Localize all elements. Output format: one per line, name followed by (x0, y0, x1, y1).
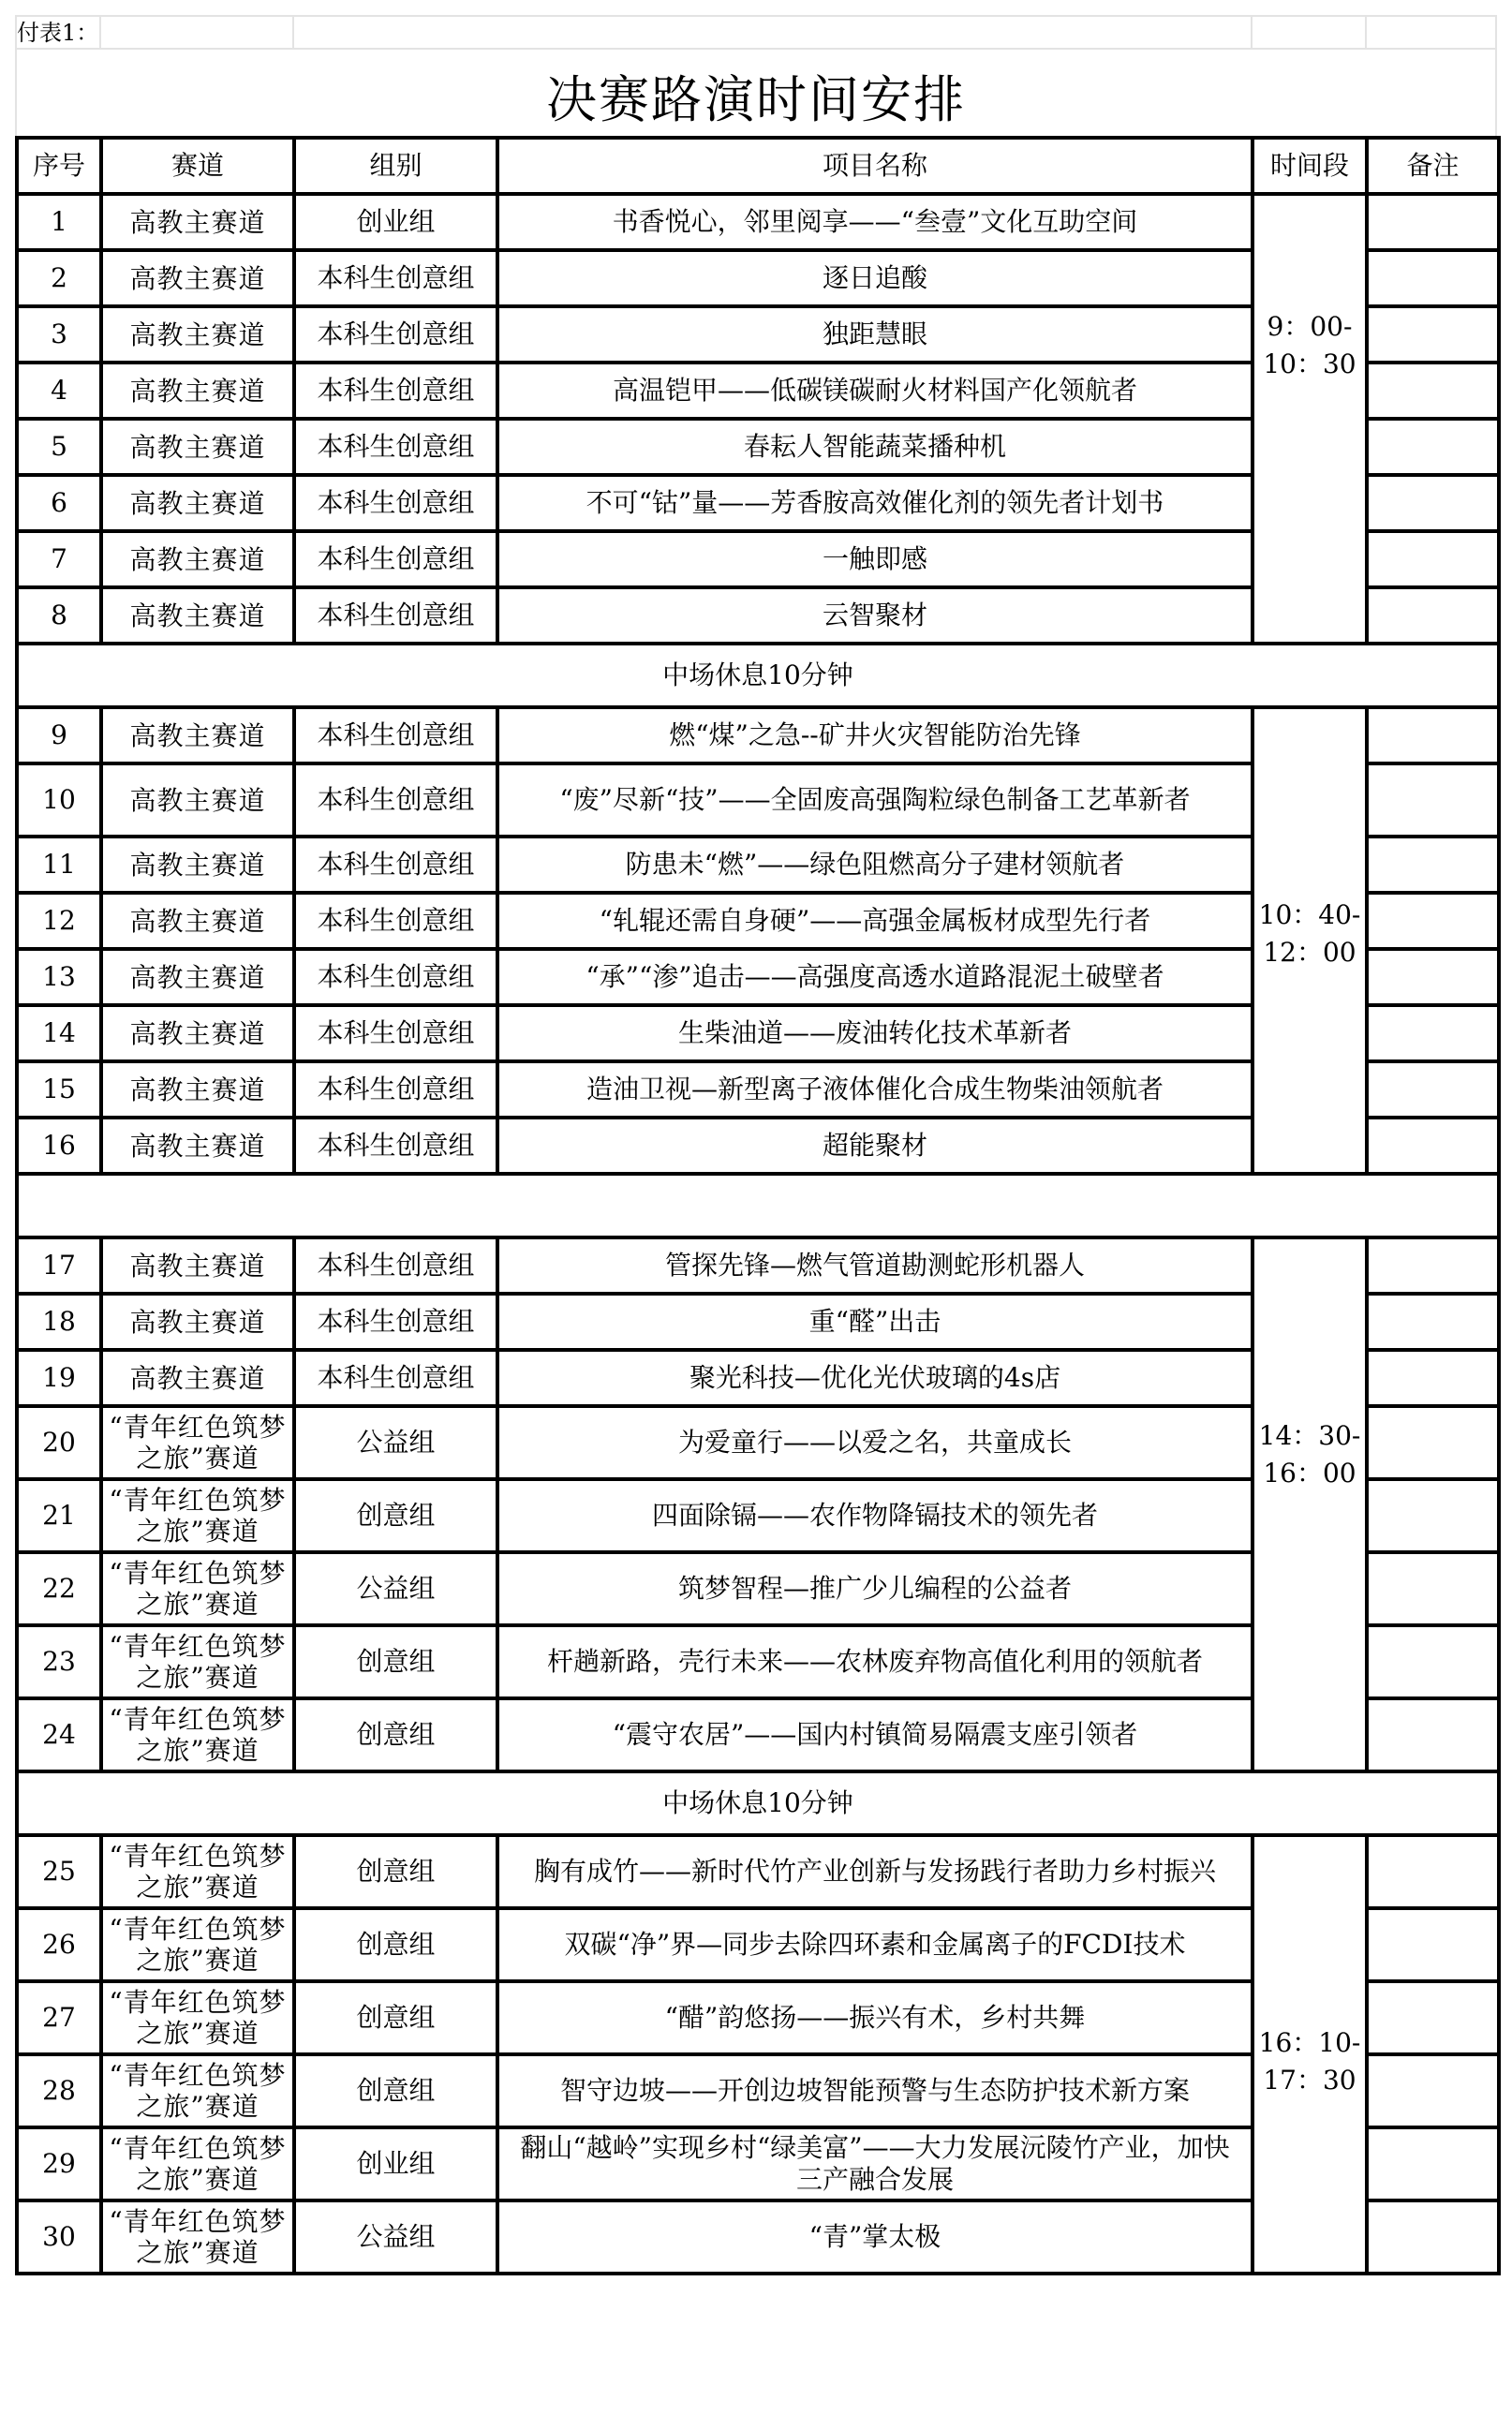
cell-group: 本科生创意组 (294, 419, 497, 475)
cell-remark (1367, 949, 1499, 1005)
cell-group: 公益组 (294, 1552, 497, 1625)
cell-group: 公益组 (294, 1406, 497, 1479)
cell-remark (1367, 1835, 1499, 1908)
cell-track: “青年红色筑梦之旅”赛道 (101, 1406, 294, 1479)
cell-project: 逐日追酸 (497, 250, 1253, 306)
break-row: 中场休息10分钟 (17, 644, 1499, 707)
gridline (99, 17, 101, 48)
cell-remark (1367, 1005, 1499, 1061)
cell-project: “承”“渗”追击——高强度高透水道路混泥土破壁者 (497, 949, 1253, 1005)
cell-index: 3 (17, 306, 101, 363)
cell-track: 高教主赛道 (101, 1237, 294, 1294)
cell-project: 双碳“净”界—同步去除四环素和金属离子的FCDI技术 (497, 1908, 1253, 1981)
cell-track: 高教主赛道 (101, 1118, 294, 1174)
cell-project: “震守农居”——国内村镇简易隔震支座引领者 (497, 1698, 1253, 1771)
cell-project: 为爱童行——以爱之名，共童成长 (497, 1406, 1253, 1479)
cell-remark (1367, 1479, 1499, 1552)
cell-remark (1367, 837, 1499, 893)
cell-index: 13 (17, 949, 101, 1005)
cell-project: 翻山“越岭”实现乡村“绿美富”——大力发展沅陵竹产业，加快三产融合发展 (497, 2127, 1253, 2200)
cell-group: 本科生创意组 (294, 949, 497, 1005)
cell-group: 创意组 (294, 1908, 497, 1981)
cell-track: 高教主赛道 (101, 1005, 294, 1061)
cell-index: 7 (17, 531, 101, 587)
cell-group: 本科生创意组 (294, 475, 497, 531)
cell-project: 四面除镉——农作物降镉技术的领先者 (497, 1479, 1253, 1552)
cell-track: 高教主赛道 (101, 1294, 294, 1350)
cell-project: 防患未“燃”——绿色阻燃高分子建材领航者 (497, 837, 1253, 893)
table-row: 25 “青年红色筑梦之旅”赛道 创意组 胸有成竹——新时代竹产业创新与发扬践行者… (17, 1835, 1499, 1908)
cell-group: 本科生创意组 (294, 1350, 497, 1406)
cell-index: 16 (17, 1118, 101, 1174)
cell-track: 高教主赛道 (101, 306, 294, 363)
cell-track: 高教主赛道 (101, 1061, 294, 1118)
cell-index: 6 (17, 475, 101, 531)
cell-index: 8 (17, 587, 101, 644)
cell-index: 25 (17, 1835, 101, 1908)
cell-time-block-1: 9：00-10：30 (1253, 194, 1367, 644)
cell-remark (1367, 531, 1499, 587)
cell-remark (1367, 2054, 1499, 2127)
cell-group: 本科生创意组 (294, 587, 497, 644)
cell-remark (1367, 1118, 1499, 1174)
cell-index: 27 (17, 1981, 101, 2054)
break-label: 中场休息10分钟 (17, 644, 1499, 707)
cell-remark (1367, 194, 1499, 250)
cell-remark (1367, 1981, 1499, 2054)
cell-index: 4 (17, 363, 101, 419)
cell-project: 胸有成竹——新时代竹产业创新与发扬践行者助力乡村振兴 (497, 1835, 1253, 1908)
cell-index: 2 (17, 250, 101, 306)
cell-remark (1367, 306, 1499, 363)
cell-project: “醋”韵悠扬——振兴有术，乡村共舞 (497, 1981, 1253, 2054)
cell-group: 创意组 (294, 2054, 497, 2127)
cell-track: “青年红色筑梦之旅”赛道 (101, 1479, 294, 1552)
cell-project: 重“醛”出击 (497, 1294, 1253, 1350)
cell-remark (1367, 1698, 1499, 1771)
cell-index: 1 (17, 194, 101, 250)
cell-remark (1367, 1061, 1499, 1118)
cell-index: 30 (17, 2200, 101, 2274)
schedule-table: 序号 赛道 组别 项目名称 时间段 备注 1 高教主赛道 创业组 书香悦心，邻里… (15, 136, 1501, 2275)
cell-index: 9 (17, 707, 101, 763)
cell-remark (1367, 1350, 1499, 1406)
cell-remark (1367, 1552, 1499, 1625)
spreadsheet: 付表1： 决赛路演时间安排 序号 赛道 组别 项目名称 时间段 备注 (15, 15, 1497, 2275)
header-time: 时间段 (1253, 138, 1367, 194)
cell-time-block-4: 16：10-17：30 (1253, 1835, 1367, 2274)
cell-remark (1367, 1625, 1499, 1698)
cell-project: “废”尽新“技”——全固废高强陶粒绿色制备工艺革新者 (497, 763, 1253, 837)
table-row: 9 高教主赛道 本科生创意组 燃“煤”之急--矿井火灾智能防治先锋 10：40-… (17, 707, 1499, 763)
cell-project: 超能聚材 (497, 1118, 1253, 1174)
cell-index: 26 (17, 1908, 101, 1981)
cell-group: 创意组 (294, 1835, 497, 1908)
cell-track: “青年红色筑梦之旅”赛道 (101, 2054, 294, 2127)
cell-remark (1367, 419, 1499, 475)
cell-index: 17 (17, 1237, 101, 1294)
cell-index: 10 (17, 763, 101, 837)
cell-track: 高教主赛道 (101, 587, 294, 644)
cell-group: 本科生创意组 (294, 306, 497, 363)
cell-remark (1367, 1908, 1499, 1981)
cell-remark (1367, 1294, 1499, 1350)
cell-remark (1367, 707, 1499, 763)
cell-group: 创意组 (294, 1479, 497, 1552)
cell-remark (1367, 1406, 1499, 1479)
cell-remark (1367, 893, 1499, 949)
cell-group: 创意组 (294, 1625, 497, 1698)
cell-project: “青”掌太极 (497, 2200, 1253, 2274)
lunch-gap-row (17, 1174, 1499, 1237)
cell-track: 高教主赛道 (101, 419, 294, 475)
break-label: 中场休息10分钟 (17, 1771, 1499, 1835)
cell-index: 21 (17, 1479, 101, 1552)
cell-project: 燃“煤”之急--矿井火灾智能防治先锋 (497, 707, 1253, 763)
cell-group: 本科生创意组 (294, 1294, 497, 1350)
cell-time-block-2: 10：40-12：00 (1253, 707, 1367, 1174)
cell-index: 15 (17, 1061, 101, 1118)
cell-group: 本科生创意组 (294, 1005, 497, 1061)
cell-group: 本科生创意组 (294, 837, 497, 893)
cell-track: “青年红色筑梦之旅”赛道 (101, 1698, 294, 1771)
cell-track: 高教主赛道 (101, 1350, 294, 1406)
cell-project: 春耘人智能蔬菜播种机 (497, 419, 1253, 475)
cell-track: “青年红色筑梦之旅”赛道 (101, 2127, 294, 2200)
cell-group: 创业组 (294, 194, 497, 250)
cell-remark (1367, 2200, 1499, 2274)
cell-track: 高教主赛道 (101, 475, 294, 531)
cell-index: 29 (17, 2127, 101, 2200)
header-remark: 备注 (1367, 138, 1499, 194)
cell-group: 本科生创意组 (294, 1118, 497, 1174)
cell-remark (1367, 363, 1499, 419)
cell-project: 一触即感 (497, 531, 1253, 587)
cell-track: 高教主赛道 (101, 531, 294, 587)
cell-group: 本科生创意组 (294, 707, 497, 763)
cell-project: 生柴油道——废油转化技术革新者 (497, 1005, 1253, 1061)
cell-group: 本科生创意组 (294, 1061, 497, 1118)
header-row: 序号 赛道 组别 项目名称 时间段 备注 (17, 138, 1499, 194)
page-title: 决赛路演时间安排 (546, 54, 966, 132)
cell-track: “青年红色筑梦之旅”赛道 (101, 1625, 294, 1698)
cell-index: 5 (17, 419, 101, 475)
cell-project: 书香悦心，邻里阅享——“叁壹”文化互助空间 (497, 194, 1253, 250)
cell-track: 高教主赛道 (101, 763, 294, 837)
cell-remark (1367, 763, 1499, 837)
note-row: 付表1： (15, 15, 1497, 50)
cell-track: “青年红色筑梦之旅”赛道 (101, 1981, 294, 2054)
cell-index: 20 (17, 1406, 101, 1479)
cell-index: 28 (17, 2054, 101, 2127)
attachment-note: 付表1： (17, 19, 98, 47)
cell-track: 高教主赛道 (101, 893, 294, 949)
cell-track: “青年红色筑梦之旅”赛道 (101, 1835, 294, 1908)
header-track: 赛道 (101, 138, 294, 194)
cell-index: 18 (17, 1294, 101, 1350)
cell-group: 本科生创意组 (294, 250, 497, 306)
cell-project: 杆趟新路，壳行未来——农林废弃物高值化利用的领航者 (497, 1625, 1253, 1698)
cell-track: 高教主赛道 (101, 250, 294, 306)
gridline (1251, 17, 1253, 48)
cell-project: 管探先锋—燃气管道勘测蛇形机器人 (497, 1237, 1253, 1294)
table-row: 1 高教主赛道 创业组 书香悦心，邻里阅享——“叁壹”文化互助空间 9：00-1… (17, 194, 1499, 250)
cell-time-block-3: 14：30-16：00 (1253, 1237, 1367, 1771)
cell-index: 14 (17, 1005, 101, 1061)
cell-track: 高教主赛道 (101, 949, 294, 1005)
title-row: 决赛路演时间安排 (15, 50, 1497, 136)
cell-project: 聚光科技—优化光伏玻璃的4s店 (497, 1350, 1253, 1406)
cell-track: 高教主赛道 (101, 837, 294, 893)
cell-track: 高教主赛道 (101, 707, 294, 763)
cell-project: “轧辊还需自身硬”——高强金属板材成型先行者 (497, 893, 1253, 949)
cell-project: 不可“钴”量——芳香胺高效催化剂的领先者计划书 (497, 475, 1253, 531)
cell-group: 创意组 (294, 1698, 497, 1771)
cell-project: 智守边坡——开创边坡智能预警与生态防护技术新方案 (497, 2054, 1253, 2127)
cell-remark (1367, 475, 1499, 531)
cell-project: 云智聚材 (497, 587, 1253, 644)
cell-group: 本科生创意组 (294, 363, 497, 419)
table-row: 17 高教主赛道 本科生创意组 管探先锋—燃气管道勘测蛇形机器人 14：30-1… (17, 1237, 1499, 1294)
cell-index: 19 (17, 1350, 101, 1406)
cell-index: 22 (17, 1552, 101, 1625)
cell-track: “青年红色筑梦之旅”赛道 (101, 1552, 294, 1625)
cell-group: 本科生创意组 (294, 531, 497, 587)
cell-track: 高教主赛道 (101, 363, 294, 419)
cell-index: 12 (17, 893, 101, 949)
cell-group: 本科生创意组 (294, 893, 497, 949)
cell-group: 创意组 (294, 1981, 497, 2054)
cell-index: 11 (17, 837, 101, 893)
gridline (292, 17, 294, 48)
cell-project: 高温铠甲——低碳镁碳耐火材料国产化领航者 (497, 363, 1253, 419)
break-row: 中场休息10分钟 (17, 1771, 1499, 1835)
cell-track: “青年红色筑梦之旅”赛道 (101, 1908, 294, 1981)
cell-group: 公益组 (294, 2200, 497, 2274)
cell-remark (1367, 587, 1499, 644)
cell-group: 本科生创意组 (294, 1237, 497, 1294)
cell-remark (1367, 1237, 1499, 1294)
cell-group: 本科生创意组 (294, 763, 497, 837)
blank-separator (17, 1174, 1499, 1237)
cell-index: 24 (17, 1698, 101, 1771)
gridline (1495, 17, 1497, 48)
cell-project: 造油卫视—新型离子液体催化合成生物柴油领航者 (497, 1061, 1253, 1118)
cell-track: 高教主赛道 (101, 194, 294, 250)
cell-project: 筑梦智程—推广少儿编程的公益者 (497, 1552, 1253, 1625)
cell-group: 创业组 (294, 2127, 497, 2200)
cell-remark (1367, 250, 1499, 306)
cell-track: “青年红色筑梦之旅”赛道 (101, 2200, 294, 2274)
gridline (1365, 17, 1367, 48)
header-index: 序号 (17, 138, 101, 194)
header-group: 组别 (294, 138, 497, 194)
cell-remark (1367, 2127, 1499, 2200)
header-project: 项目名称 (497, 138, 1253, 194)
cell-project: 独距慧眼 (497, 306, 1253, 363)
cell-index: 23 (17, 1625, 101, 1698)
